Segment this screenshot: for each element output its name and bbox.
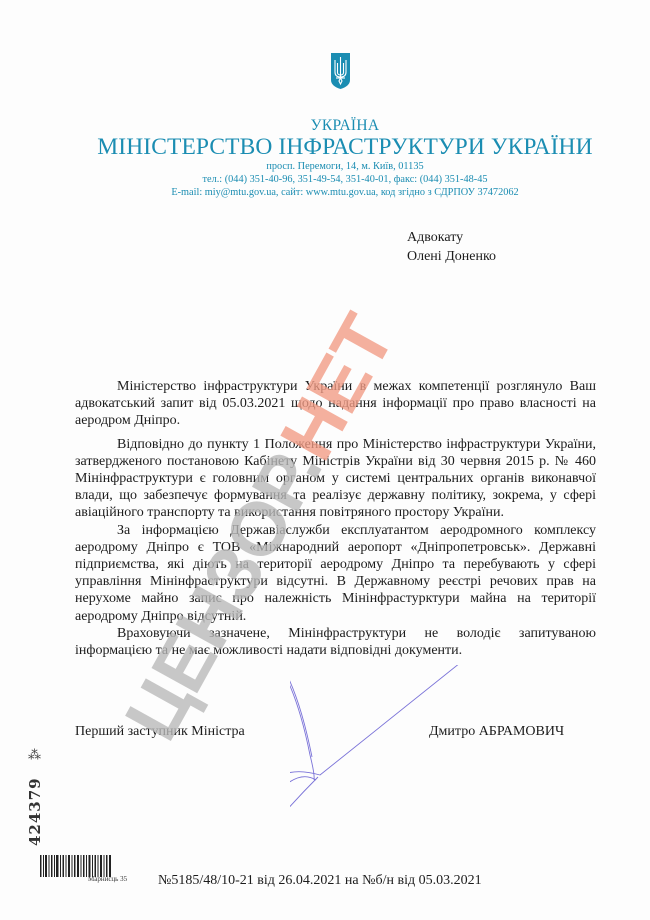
handwritten-signature <box>290 665 490 865</box>
body-paragraph: Відповідно до пункту 1 Положення про Мін… <box>75 436 596 522</box>
letterhead-address: просп. Перемоги, 14, м. Київ, 01135 <box>0 161 650 172</box>
barcode-icon <box>40 855 112 877</box>
body-paragraph: Міністерство інфраструктури України в ме… <box>75 378 596 430</box>
document-page: УКРАЇНА МІНІСТЕРСТВО ІНФРАСТРУКТУРИ УКРА… <box>0 0 650 920</box>
letterhead-country: УКРАЇНА <box>0 117 650 135</box>
letter-body: Міністерство інфраструктури України в ме… <box>75 378 596 659</box>
letterhead-contacts: E-mail: miy@mtu.gov.ua, сайт: www.mtu.go… <box>0 187 650 198</box>
registration-number: 424379 <box>26 777 44 846</box>
signer-title: Перший заступник Міністра <box>75 724 245 740</box>
footer-executor-note: Марнисць 35 <box>88 875 127 883</box>
addressee-line-2: Олені Доненко <box>407 247 496 266</box>
body-paragraph: Враховуючи зазначене, Мінінфраструктури … <box>75 625 596 659</box>
addressee-block: Адвокату Олені Доненко <box>407 228 496 266</box>
body-paragraph: За інформацією Державіаслужби експлуатан… <box>75 522 596 625</box>
trident-coat-of-arms-icon <box>331 53 350 89</box>
addressee-line-1: Адвокату <box>407 228 496 247</box>
outgoing-reference: №5185/48/10-21 від 26.04.2021 на №б/н ві… <box>158 873 482 889</box>
registration-mark-icon: ⁂ <box>28 747 41 763</box>
letterhead-ministry-name: МІНІСТЕРСТВО ІНФРАСТРУКТУРИ УКРАЇНИ <box>0 134 650 161</box>
signer-name: Дмитро АБРАМОВИЧ <box>429 724 564 740</box>
letterhead-phones: тел.: (044) 351-40-96, 351-49-54, 351-40… <box>0 174 650 185</box>
